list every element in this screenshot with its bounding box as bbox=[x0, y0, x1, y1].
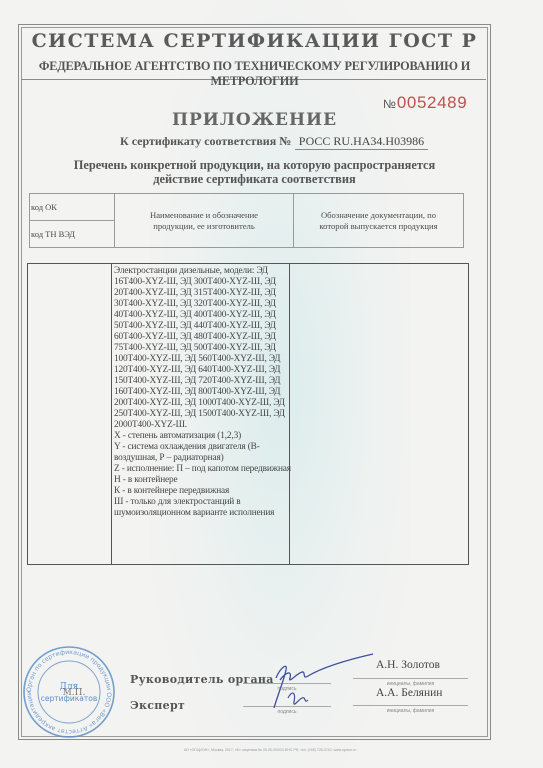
product-line: 2000Т400-XYZ-Ш. bbox=[114, 420, 289, 431]
product-list-title-line2: действие сертификата соответствия bbox=[21, 172, 488, 186]
product-line: 200Т400-XYZ-Ш, ЭД 1000Т400-XYZ-Ш, ЭД bbox=[114, 398, 289, 409]
system-title: СИСТЕМА СЕРТИФИКАЦИИ ГОСТ Р bbox=[21, 30, 488, 52]
header-product-name-text: Наименование и обозначение продукции, ее… bbox=[142, 210, 267, 232]
header-documentation: Обозначение документации, по которой вып… bbox=[294, 194, 463, 247]
certificate-number: РОСС RU.HA34.H03986 bbox=[295, 134, 428, 150]
documentation-cell bbox=[291, 264, 468, 564]
product-line: Z - исполнение: П – под капотом передвиж… bbox=[114, 464, 289, 475]
product-line: 160Т400-XYZ-Ш, ЭД 800Т400-XYZ-Ш, ЭД bbox=[114, 387, 289, 398]
product-line: 150Т400-XYZ-Ш, ЭД 720Т400-XYZ-Ш, ЭД bbox=[114, 376, 289, 387]
head-name: А.Н. Золотов bbox=[376, 659, 440, 671]
product-line: 250Т400-XYZ-Ш, ЭД 1500Т400-XYZ-Ш, ЭД bbox=[114, 409, 289, 420]
product-line: 100Т400-XYZ-Ш, ЭД 560Т400-XYZ-Ш, ЭД bbox=[114, 354, 289, 365]
agency-name: ФЕДЕРАЛЬНОЕ АГЕНТСТВО ПО ТЕХНИЧЕСКОМУ РЕ… bbox=[21, 59, 488, 89]
product-line: 20Т400-XYZ-Ш, ЭД 315Т400-XYZ-Ш, ЭД bbox=[114, 288, 289, 299]
header-documentation-text: Обозначение документации, по которой вып… bbox=[309, 210, 449, 232]
print-info: АО «ОПЦИОН», Москва, 2017, «Б» лицензия … bbox=[150, 748, 390, 752]
product-line: 75Т400-XYZ-Ш, ЭД 500Т400-XYZ-Ш, ЭД bbox=[114, 343, 289, 354]
product-line: 16Т400-XYZ-Ш, ЭД 300Т400-XYZ-Ш, ЭД bbox=[114, 277, 289, 288]
product-line: 120Т400-XYZ-Ш, ЭД 640Т400-XYZ-Ш, ЭД bbox=[114, 365, 289, 376]
product-line: воздушная, Р – радиаторная) bbox=[114, 453, 289, 464]
product-line: X - степень автоматизация (1,2,3) bbox=[114, 431, 289, 442]
product-line: 40Т400-XYZ-Ш, ЭД 400Т400-XYZ-Ш, ЭД bbox=[114, 310, 289, 321]
product-line: Электростанции дизельные, модели: ЭД bbox=[114, 266, 289, 277]
product-line: 60Т400-XYZ-Ш, ЭД 480Т400-XYZ-Ш, ЭД bbox=[114, 332, 289, 343]
product-line: шумоизоляционном варианте исполнения bbox=[114, 508, 289, 519]
header-ok-code: код ОК bbox=[30, 194, 114, 221]
product-line: К - в контейнере передвижная bbox=[114, 486, 289, 497]
codes-cell bbox=[28, 264, 112, 564]
product-line: 30Т400-XYZ-Ш, ЭД 320Т400-XYZ-Ш, ЭД bbox=[114, 299, 289, 310]
appendix-title: ПРИЛОЖЕНИЕ bbox=[21, 110, 488, 130]
certificate-label: К сертификату соответствия № bbox=[120, 134, 291, 148]
product-table: Электростанции дизельные, модели: ЭД16Т4… bbox=[27, 263, 469, 565]
number-sign: № bbox=[383, 97, 396, 111]
seal-label: М.П. bbox=[63, 688, 86, 698]
head-role-label: Руководитель органа bbox=[130, 673, 274, 686]
table-header: код ОК код ТН ВЭД Наименование и обознач… bbox=[29, 193, 464, 248]
product-line: Н - в контейнере bbox=[114, 475, 289, 486]
header-tnved-code: код ТН ВЭД bbox=[30, 221, 114, 247]
product-list-title-line1: Перечень конкретной продукции, на котору… bbox=[21, 158, 488, 172]
certificate-reference: К сертификату соответствия № РОСС RU.HA3… bbox=[120, 134, 428, 150]
product-description-cell: Электростанции дизельные, модели: ЭД16Т4… bbox=[112, 264, 290, 564]
seal-stamp-icon: Орган по сертификации продукции ООО «Вег… bbox=[22, 645, 116, 739]
expert-role-label: Эксперт bbox=[130, 699, 185, 712]
product-list-title: Перечень конкретной продукции, на котору… bbox=[21, 158, 488, 186]
handwritten-signature-icon bbox=[258, 650, 378, 720]
expert-name: А.А. Белянин bbox=[376, 687, 442, 699]
product-line: Y - система охлаждения двигателя (В- bbox=[114, 442, 289, 453]
product-line: 50Т400-XYZ-Ш, ЭД 440Т400-XYZ-Ш, ЭД bbox=[114, 321, 289, 332]
header-product-name: Наименование и обозначение продукции, ее… bbox=[115, 194, 294, 247]
header-codes-column: код ОК код ТН ВЭД bbox=[30, 194, 115, 247]
product-line: Ш - только для электростанций в bbox=[114, 497, 289, 508]
